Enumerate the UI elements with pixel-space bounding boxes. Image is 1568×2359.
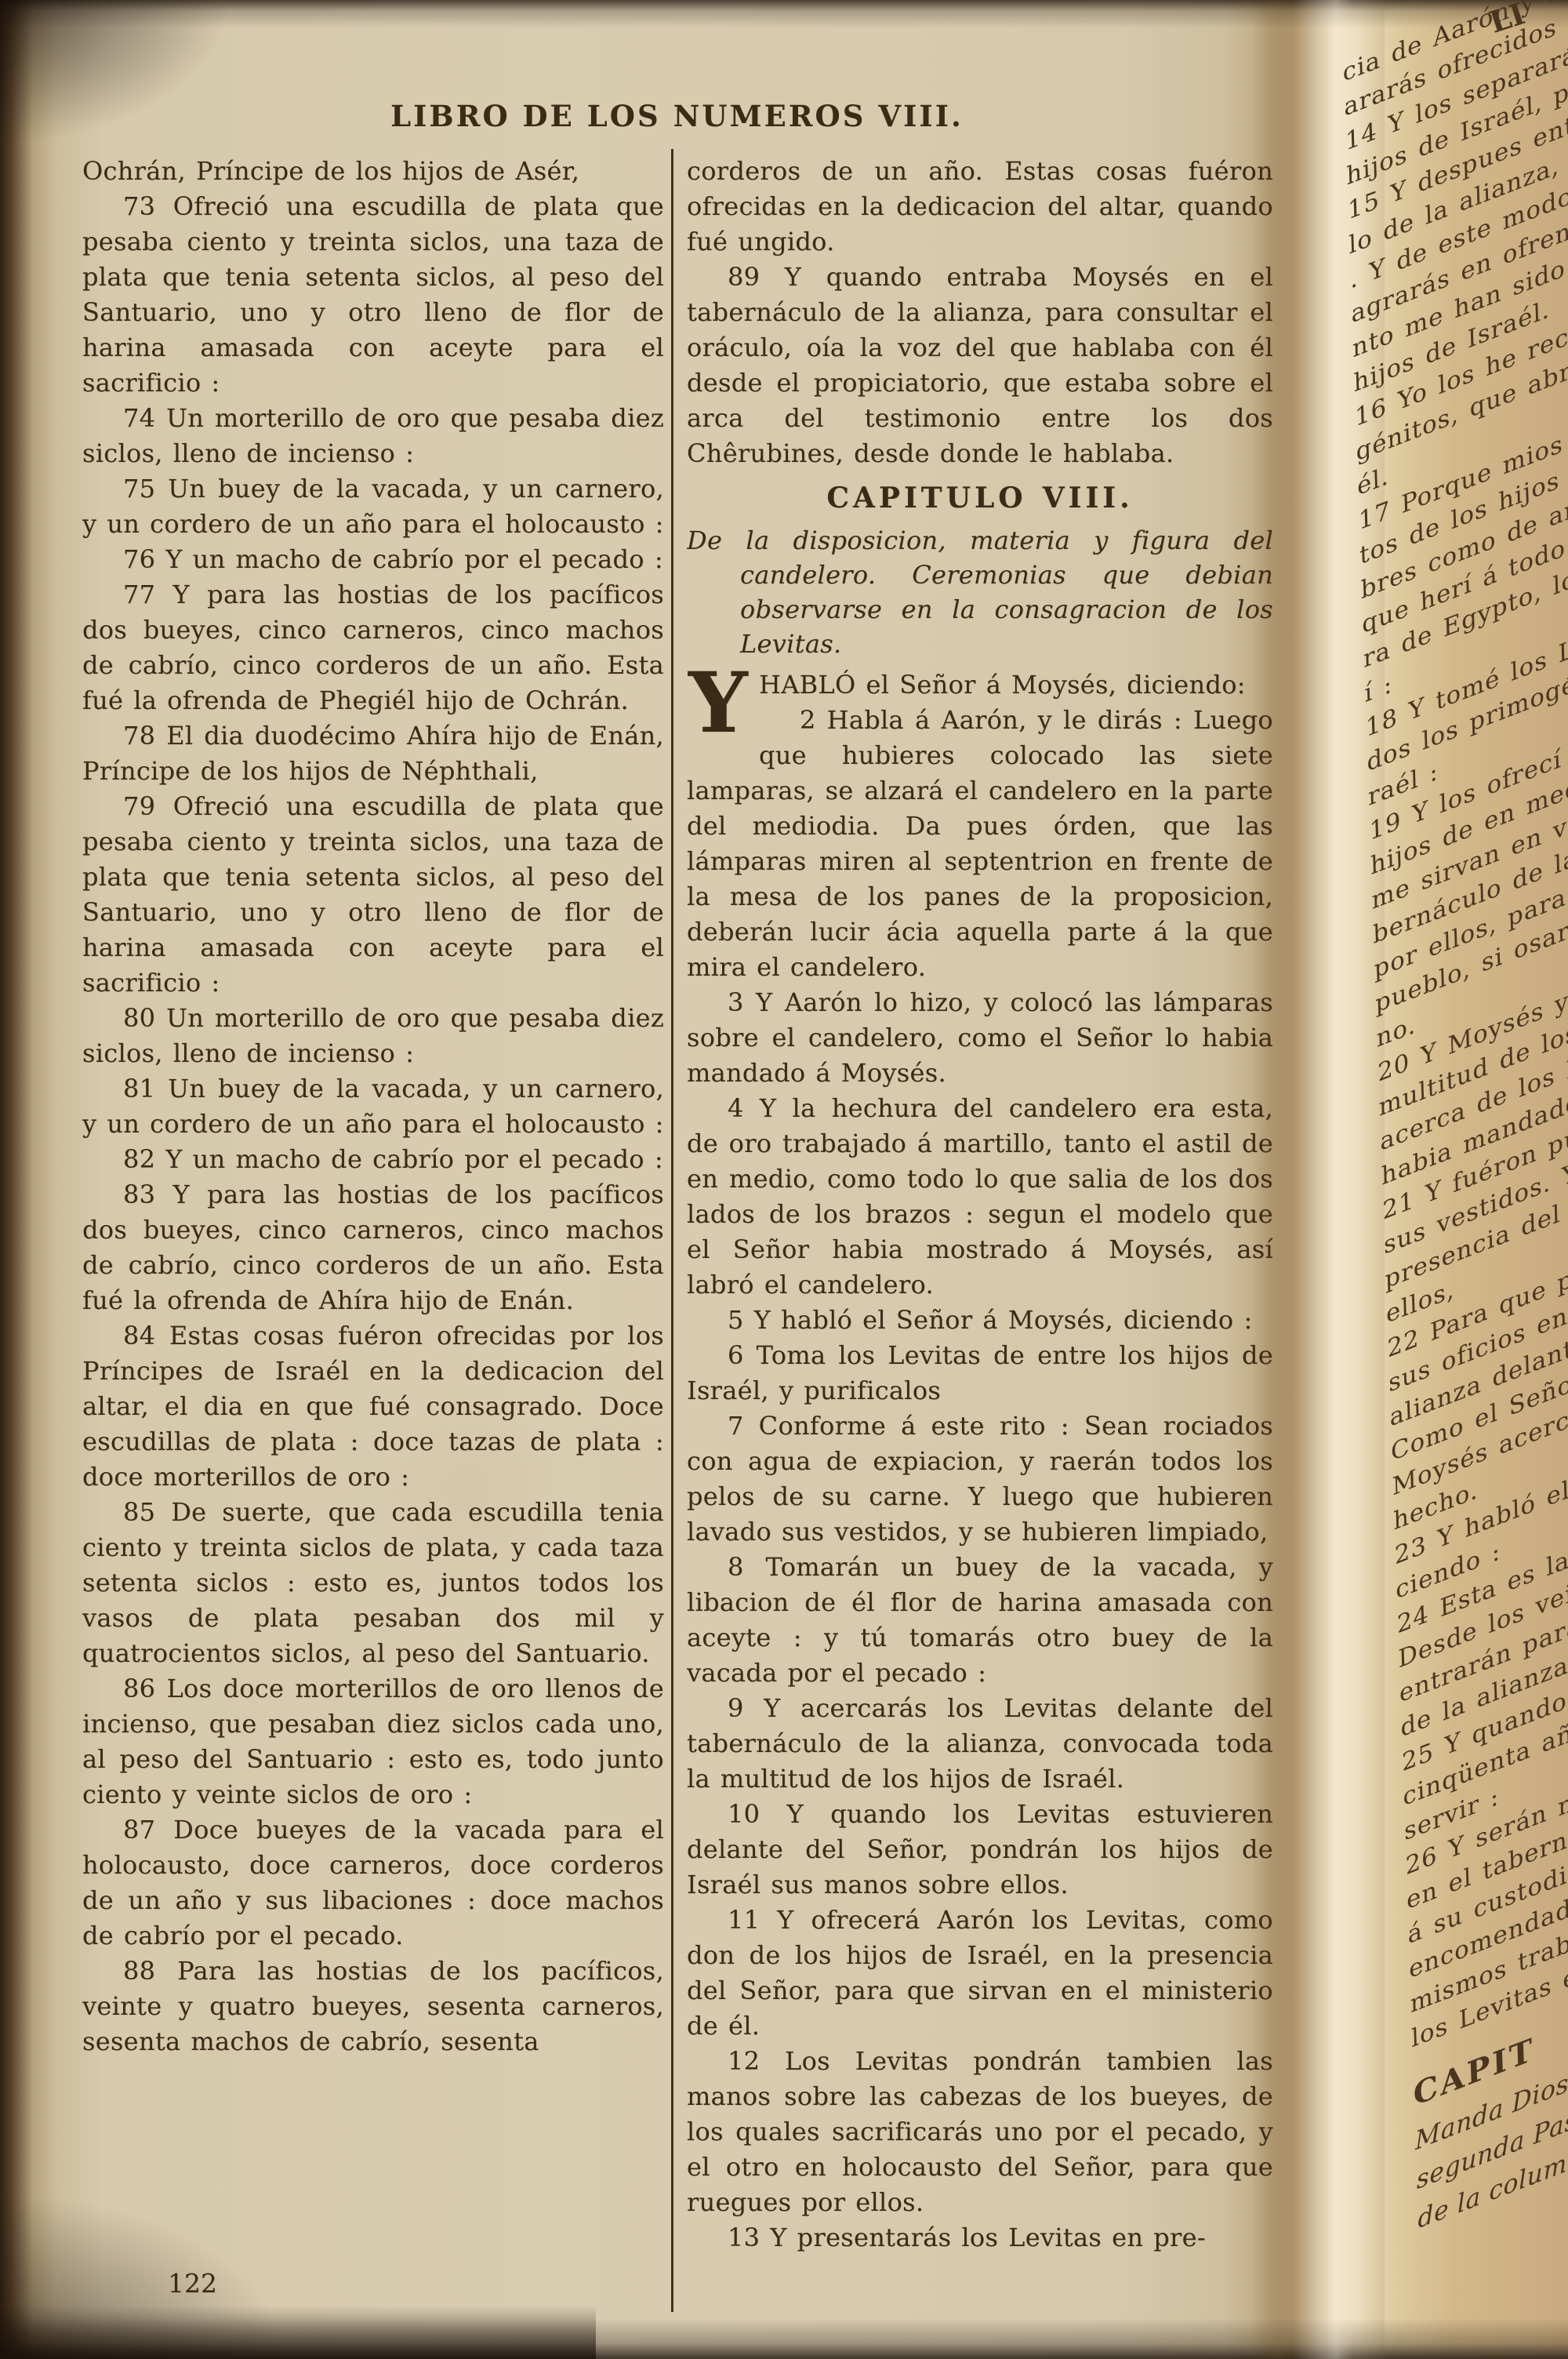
verse-paragraph: 7 Conforme á este rito : Sean rociados c… — [687, 1408, 1273, 1550]
verse-paragraph: 11 Y ofrecerá Aarón los Levitas, como do… — [687, 1903, 1273, 2044]
verse-paragraph: 84 Estas cosas fuéron ofrecidas por los … — [82, 1318, 664, 1495]
right-column: corderos de un año. Estas cosas fuéron o… — [687, 154, 1273, 2320]
drop-cap-letter: Y — [687, 667, 759, 740]
verse-paragraph: 89 Y quando entraba Moysés en el taberná… — [687, 260, 1273, 471]
verse-paragraph: corderos de un año. Estas cosas fuéron o… — [687, 154, 1273, 260]
verse-paragraph: 82 Y un macho de cabrío por el pecado : — [82, 1142, 664, 1177]
verse-paragraph: 79 Ofreció una escudilla de plata que pe… — [82, 789, 664, 1001]
verse-paragraph: Ochrán, Príncipe de los hijos de Asér, — [82, 154, 664, 189]
verse-paragraph: 88 Para las hostias de los pacíficos, ve… — [82, 1954, 664, 2059]
verse-paragraph: 9 Y acercarás los Levitas delante del ta… — [687, 1691, 1273, 1797]
facing-page: cia de Aarón y de sus hijo ararás ofreci… — [1342, 0, 1568, 2239]
verse-paragraph: YHABLÓ el Señor á Moysés, diciendo: — [687, 667, 1273, 703]
verse-paragraph: 3 Y Aarón lo hizo, y colocó las lámparas… — [687, 985, 1273, 1091]
verse-paragraph: 6 Toma los Levitas de entre los hijos de… — [687, 1338, 1273, 1408]
verse-paragraph: 77 Y para las hostias de los pacíficos d… — [82, 577, 664, 718]
verse-paragraph: 87 Doce bueyes de la vacada para el holo… — [82, 1812, 664, 1954]
verse-paragraph: 5 Y habló el Señor á Moysés, diciendo : — [687, 1303, 1273, 1338]
verse-paragraph: 80 Un morterillo de oro que pesaba diez … — [82, 1001, 664, 1071]
verse-paragraph: 12 Los Levitas pondrán tambien las manos… — [687, 2044, 1273, 2220]
page-number: 122 — [168, 2268, 217, 2299]
facing-page-text-fragments: cia de Aarón y de sus hijo ararás ofreci… — [1342, 0, 1568, 2056]
verse-paragraph: 13 Y presentarás los Levitas en pre- — [687, 2220, 1273, 2255]
verse-paragraph: 4 Y la hechura del candelero era esta, d… — [687, 1091, 1273, 1303]
verse-paragraph: 75 Un buey de la vacada, y un carnero, y… — [82, 471, 664, 542]
verse-paragraph: 73 Ofreció una escudilla de plata que pe… — [82, 189, 664, 401]
verse-paragraph: 85 De suerte, que cada escudilla tenia c… — [82, 1495, 664, 1671]
book-page-photo: LIBRO DE LOS NUMEROS VIII. Ochrán, Prínc… — [0, 0, 1568, 2359]
chapter-heading: CAPITULO VIII. — [687, 478, 1273, 518]
running-head: LIBRO DE LOS NUMEROS VIII. — [82, 99, 1272, 133]
verse-paragraph: 10 Y quando los Levitas estuvieren delan… — [687, 1797, 1273, 1903]
left-column: Ochrán, Príncipe de los hijos de Asér, 7… — [82, 154, 664, 2320]
chapter-summary: De la disposicion, materia y figura del … — [687, 523, 1273, 661]
verse-paragraph: 78 El dia duodécimo Ahíra hijo de Enán, … — [82, 718, 664, 789]
verse-paragraph: 2 Habla á Aarón, y le dirás : Luego que … — [687, 703, 1273, 985]
verse-paragraph: 74 Un morterillo de oro que pesaba diez … — [82, 401, 664, 471]
verse-text: HABLÓ el Señor á Moysés, diciendo: — [759, 670, 1246, 700]
verse-paragraph: 76 Y un macho de cabrío por el pecado : — [82, 542, 664, 577]
column-divider-rule — [671, 149, 673, 2312]
verse-paragraph: 86 Los doce morterillos de oro llenos de… — [82, 1671, 664, 1812]
verse-paragraph: 8 Tomarán un buey de la vacada, y libaci… — [687, 1550, 1273, 1691]
verse-paragraph: 83 Y para las hostias de los pacíficos d… — [82, 1177, 664, 1318]
verse-paragraph: 81 Un buey de la vacada, y un carnero, y… — [82, 1071, 664, 1142]
